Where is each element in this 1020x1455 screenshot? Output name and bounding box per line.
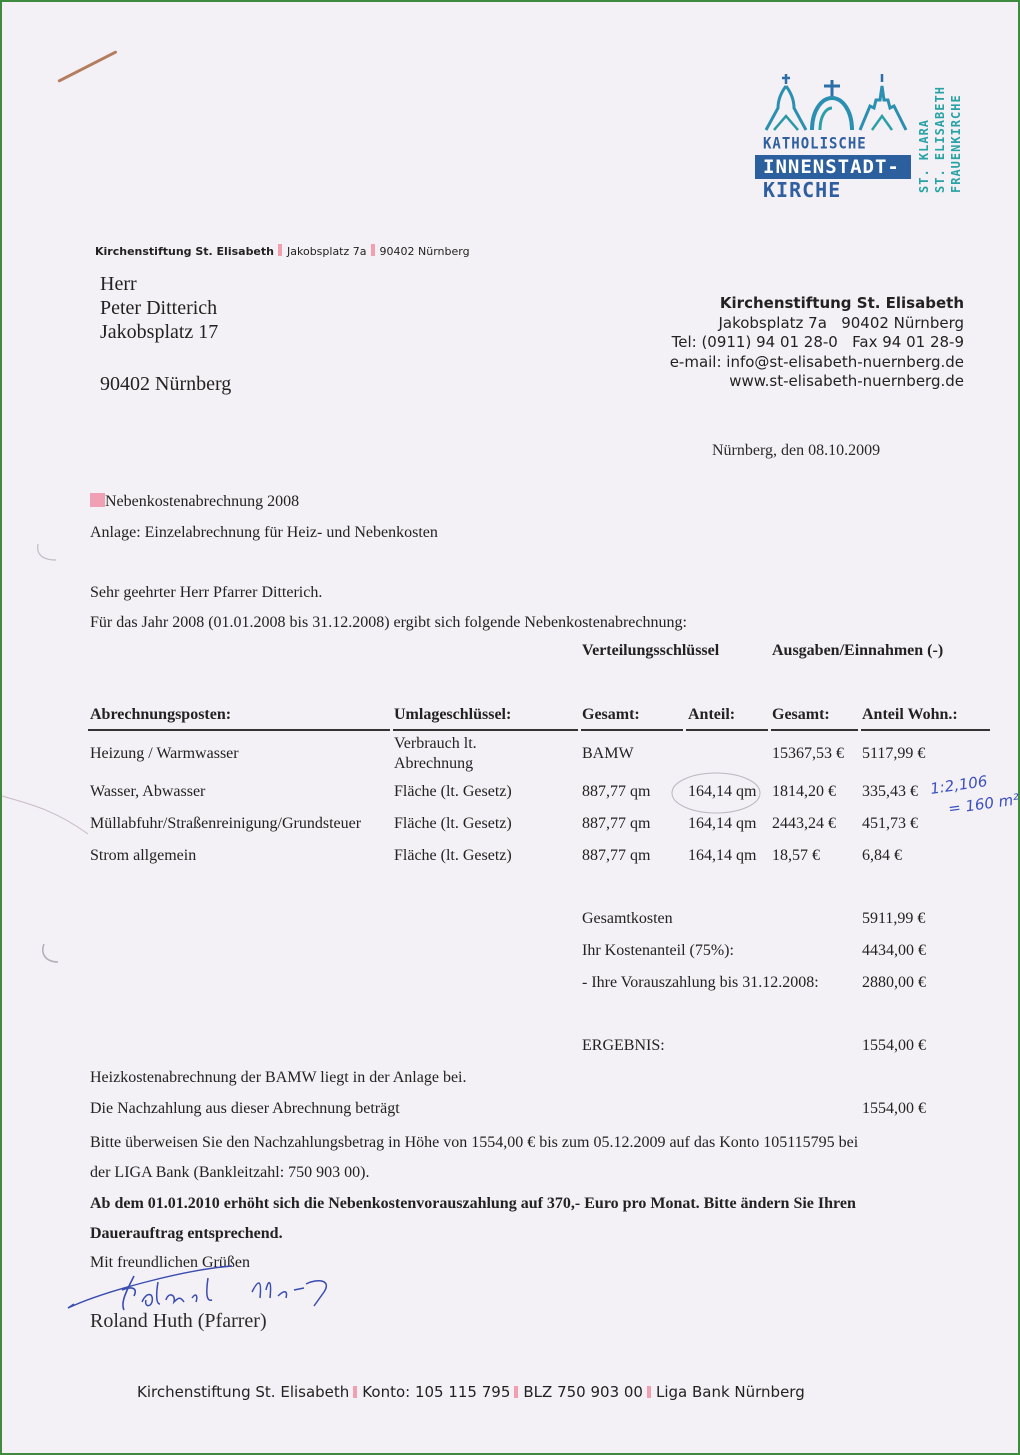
row-cost-share: 451,73 € bbox=[862, 815, 918, 833]
column-header-dist-share: Anteil: bbox=[688, 706, 735, 724]
result-value: 1554,00 € bbox=[862, 1037, 926, 1055]
separator-icon bbox=[371, 244, 375, 256]
column-header-key: Umlageschlüssel: bbox=[394, 706, 511, 724]
header-rule bbox=[581, 729, 683, 731]
recipient-street: Jakobsplatz 17 bbox=[100, 320, 231, 344]
column-header-dist-total: Gesamt: bbox=[582, 706, 640, 724]
sender-city: 90402 Nürnberg bbox=[380, 245, 470, 258]
sender-street: Jakobsplatz 7a bbox=[287, 245, 367, 258]
summary-value: 5911,99 € bbox=[862, 910, 925, 928]
subject-line: Nebenkostenabrechnung 2008 bbox=[90, 493, 299, 511]
logo-text-kirche: KIRCHE bbox=[763, 178, 841, 202]
row-key: Fläche (lt. Gesetz) bbox=[394, 783, 512, 801]
row-cost-total: 15367,53 € bbox=[772, 745, 844, 763]
separator-icon bbox=[647, 1386, 651, 1398]
summary-value: 2880,00 € bbox=[862, 974, 926, 992]
greeting: Sehr geehrter Herr Pfarrer Ditterich. bbox=[90, 584, 322, 602]
logo-vertical-frauenkirche: FRAUENKIRCHE bbox=[949, 94, 963, 193]
increase-notice: Ab dem 01.01.2010 erhöht sich die Nebenk… bbox=[90, 1195, 856, 1213]
row-dist-total: 887,77 qm bbox=[582, 847, 650, 865]
summary-value: 4434,00 € bbox=[862, 942, 926, 960]
attachment-line: Anlage: Einzelabrechnung für Heiz- und N… bbox=[90, 524, 438, 542]
row-cost-share: 6,84 € bbox=[862, 847, 902, 865]
row-cost-share: 335,43 € bbox=[862, 783, 918, 801]
transfer-instruction-cont: der LIGA Bank (Bankleitzahl: 750 903 00)… bbox=[90, 1164, 370, 1182]
row-dist-share: 164,14 qm bbox=[688, 847, 756, 865]
separator-icon bbox=[353, 1386, 357, 1398]
row-cost-total: 18,57 € bbox=[772, 847, 820, 865]
sender-return-line: Kirchenstiftung St. ElisabethJakobsplatz… bbox=[95, 244, 470, 258]
group-header-expenses: Ausgaben/Einnahmen (-) bbox=[772, 642, 943, 660]
row-cost-total: 2443,24 € bbox=[772, 815, 836, 833]
row-key: Verbrauch lt. bbox=[394, 735, 477, 753]
footer-org-name: Kirchenstiftung St. Elisabeth bbox=[137, 1383, 349, 1401]
summary-label: - Ihre Vorauszahlung bis 31.12.2008: bbox=[582, 974, 819, 992]
row-key-cont: Abrechnung bbox=[394, 755, 473, 773]
footer-account: Konto: 105 115 795 bbox=[362, 1383, 510, 1401]
highlight-mark-icon bbox=[90, 493, 105, 507]
column-header-cost-total: Gesamt: bbox=[772, 706, 830, 724]
sender-name: Kirchenstiftung St. Elisabeth bbox=[95, 245, 274, 258]
row-key: Fläche (lt. Gesetz) bbox=[394, 847, 512, 865]
column-header-item: Abrechnungsposten: bbox=[90, 706, 231, 724]
org-address: Jakobsplatz 7a 90402 Nürnberg bbox=[670, 314, 964, 334]
footer-bank-details: Kirchenstiftung St. ElisabethKonto: 105 … bbox=[137, 1383, 805, 1401]
footer-blz: BLZ 750 903 00 bbox=[523, 1383, 643, 1401]
logo-text-innenstadt: INNENSTADT- bbox=[755, 155, 911, 179]
letter-date: Nürnberg, den 08.10.2009 bbox=[712, 442, 880, 460]
header-rule bbox=[686, 729, 768, 731]
increase-notice-cont: Dauerauftrag entsprechend. bbox=[90, 1225, 283, 1243]
transfer-instruction: Bitte überweisen Sie den Nachzahlungsbet… bbox=[90, 1134, 858, 1152]
header-rule bbox=[393, 729, 578, 731]
summary-label: Ihr Kostenanteil (75%): bbox=[582, 942, 734, 960]
row-item: Wasser, Abwasser bbox=[90, 783, 205, 801]
row-key: Fläche (lt. Gesetz) bbox=[394, 815, 512, 833]
group-header-distribution: Verteilungsschlüssel bbox=[582, 642, 719, 660]
footer-bank: Liga Bank Nürnberg bbox=[656, 1383, 805, 1401]
heating-note: Heizkostenabrechnung der BAMW liegt in d… bbox=[90, 1069, 466, 1087]
column-header-cost-share: Anteil Wohn.: bbox=[862, 706, 958, 724]
church-logo-icon bbox=[760, 72, 920, 132]
payment-label: Die Nachzahlung aus dieser Abrechnung be… bbox=[90, 1100, 400, 1118]
row-dist-total: 887,77 qm bbox=[582, 783, 650, 801]
subject-text: Nebenkostenabrechnung 2008 bbox=[105, 493, 299, 510]
row-dist-total: 887,77 qm bbox=[582, 815, 650, 833]
row-cost-share: 5117,99 € bbox=[862, 745, 925, 763]
recipient-salutation: Herr bbox=[100, 272, 231, 296]
org-name: Kirchenstiftung St. Elisabeth bbox=[670, 294, 964, 314]
hole-punch-mark-icon bbox=[38, 942, 68, 972]
row-item: Müllabfuhr/Straßenreinigung/Grundsteuer bbox=[90, 815, 361, 833]
logo-text-katholische: KATHOLISCHE bbox=[763, 135, 867, 153]
row-item: Strom allgemein bbox=[90, 847, 196, 865]
signatory-name: Roland Huth (Pfarrer) bbox=[90, 1310, 267, 1333]
header-rule bbox=[771, 729, 858, 731]
summary-label: Gesamtkosten bbox=[582, 910, 673, 928]
logo-vertical-st-elisabeth: ST. ELISABETH bbox=[933, 86, 947, 193]
pencil-circle-annotation-icon bbox=[668, 768, 768, 818]
org-website[interactable]: www.st-elisabeth-nuernberg.de bbox=[670, 372, 964, 392]
row-dist-total: BAMW bbox=[582, 745, 634, 763]
separator-icon bbox=[278, 244, 282, 256]
separator-icon bbox=[514, 1386, 518, 1398]
row-item: Heizung / Warmwasser bbox=[90, 745, 239, 763]
result-label: ERGEBNIS: bbox=[582, 1037, 665, 1055]
payment-value: 1554,00 € bbox=[862, 1100, 926, 1118]
pencil-stroke-icon bbox=[0, 790, 90, 840]
row-cost-total: 1814,20 € bbox=[772, 783, 836, 801]
recipient-address: Herr Peter Ditterich Jakobsplatz 17 9040… bbox=[100, 272, 231, 396]
organization-contact: Kirchenstiftung St. Elisabeth Jakobsplat… bbox=[670, 294, 964, 392]
intro-text: Für das Jahr 2008 (01.01.2008 bis 31.12.… bbox=[90, 614, 687, 632]
hole-punch-mark-icon bbox=[34, 540, 64, 570]
recipient-city: 90402 Nürnberg bbox=[100, 372, 231, 396]
recipient-name: Peter Ditterich bbox=[100, 296, 231, 320]
org-phone: Tel: (0911) 94 01 28-0 Fax 94 01 28-9 bbox=[670, 333, 964, 353]
org-email[interactable]: e-mail: info@st-elisabeth-nuernberg.de bbox=[670, 353, 964, 373]
header-rule bbox=[861, 729, 990, 731]
header-rule bbox=[88, 729, 390, 731]
logo-vertical-st-klara: ST. KLARA bbox=[917, 119, 931, 193]
